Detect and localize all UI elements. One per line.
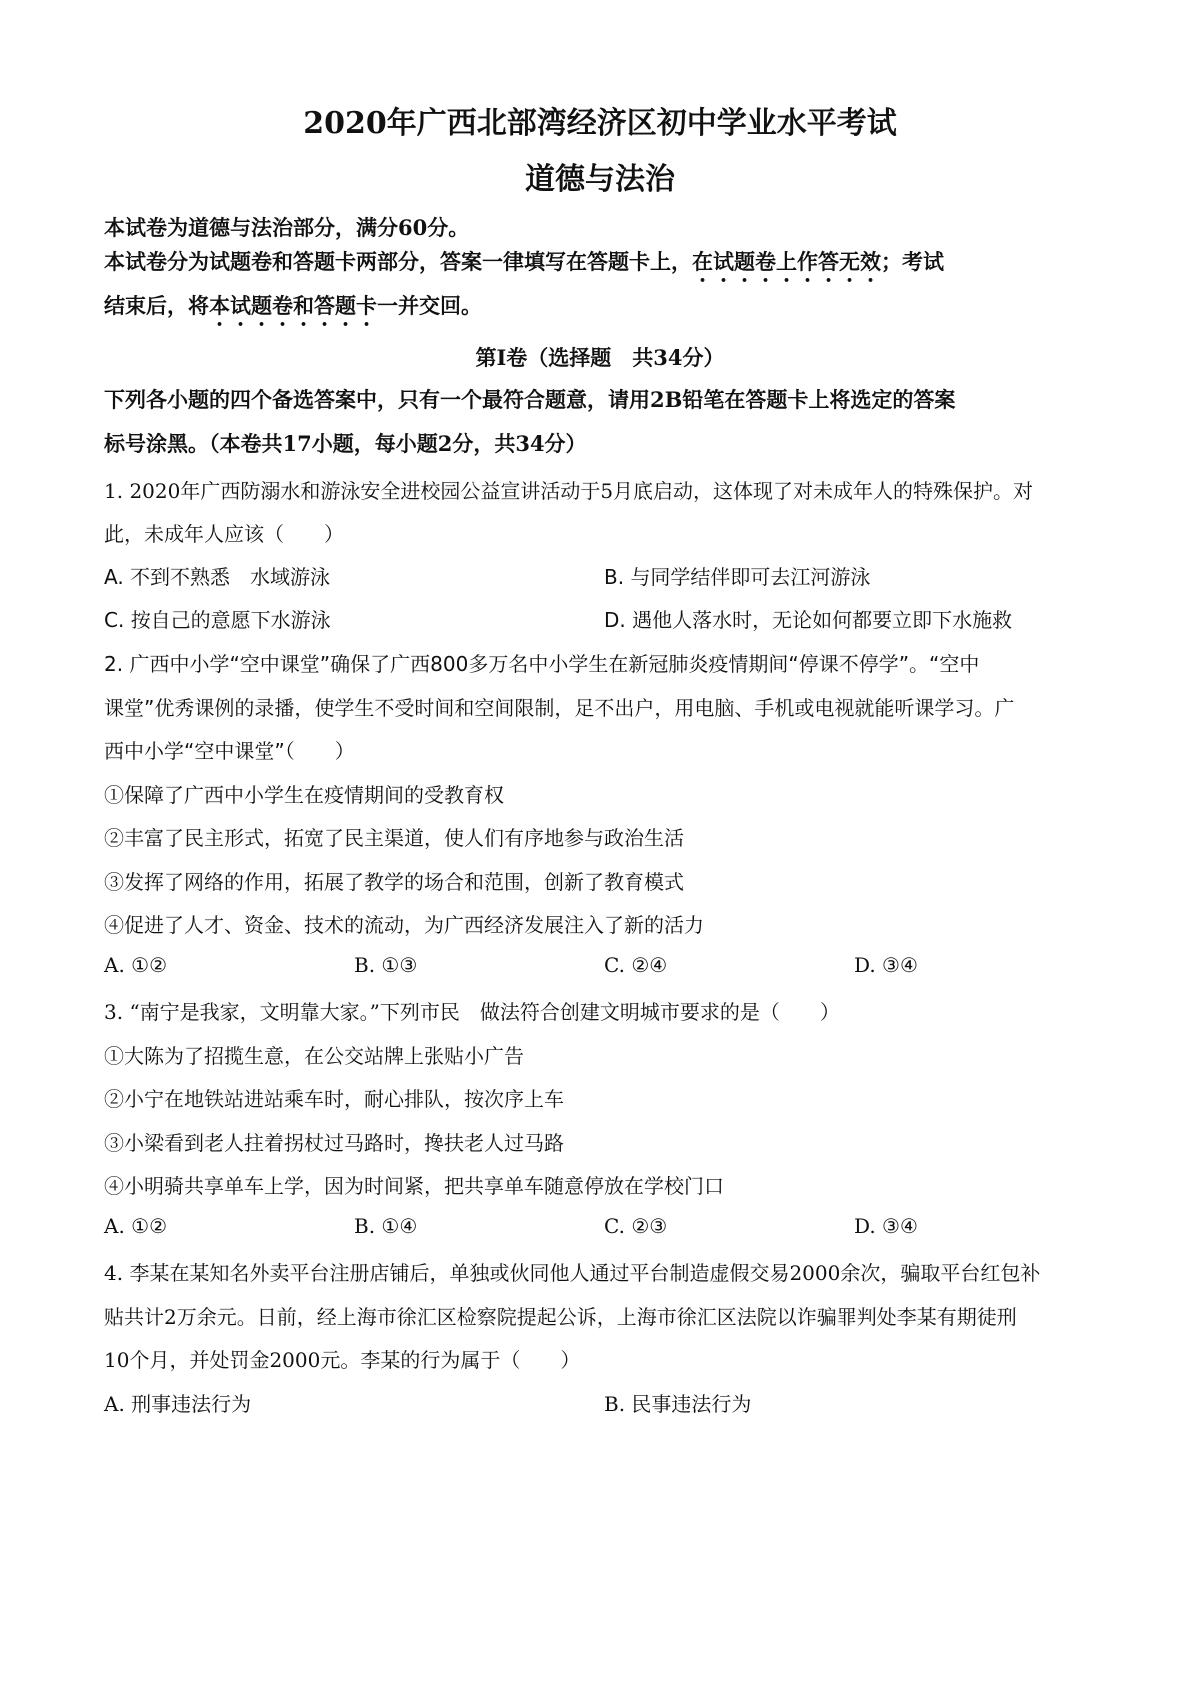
option-text: 与同学结伴即可去江河游泳 bbox=[630, 565, 870, 589]
option-text: ①④ bbox=[381, 1214, 417, 1238]
question-1-option-b[interactable]: B. 与同学结伴即可去江河游泳 bbox=[604, 561, 870, 590]
instruction-submit-rule-pre: 结束后，将 bbox=[104, 293, 209, 318]
question-2-option-a[interactable]: A. ①② bbox=[104, 953, 167, 977]
question-3-statement-1: ①大陈为了招揽生意，在公交站牌上张贴小广告 bbox=[104, 1040, 524, 1069]
section-description-line-1: 下列各小题的四个备选答案中，只有一个最符合题意，请用2B铅笔在答题卡上将选定的答… bbox=[104, 384, 955, 414]
question-4-stem-line-1: 4. 李某在某知名外卖平台注册店铺后，单独或伙同他人通过平台制造虚假交易2000… bbox=[104, 1257, 1040, 1286]
instruction-answer-rule: 本试卷分为试题卷和答题卡两部分，答案一律填写在答题卡上，在试题卷上作答无效；考试 bbox=[104, 246, 944, 287]
question-3-option-b[interactable]: B. ①④ bbox=[354, 1214, 417, 1238]
option-label: B. bbox=[604, 565, 624, 589]
question-4-stem-line-2: 贴共计2万余元。日前，经上海市徐汇区检察院提起公诉，上海市徐汇区法院以诈骗罪判处… bbox=[104, 1301, 1017, 1330]
option-text: ①③ bbox=[381, 953, 417, 977]
question-1-option-a[interactable]: A. 不到不熟悉 水域游泳 bbox=[104, 561, 330, 590]
question-3-statement-2: ②小宁在地铁站进站乘车时，耐心排队，按次序上车 bbox=[104, 1083, 564, 1112]
instruction-submit-rule: 结束后，将本试题卷和答题卡一并交回。 bbox=[104, 290, 482, 331]
question-1-option-c[interactable]: C. 按自己的意愿下水游泳 bbox=[104, 604, 331, 633]
question-4-option-b[interactable]: B. 民事违法行为 bbox=[604, 1388, 751, 1417]
section-title: 第Ⅰ卷（选择题 共34分） bbox=[0, 342, 1200, 372]
question-2-statement-1: ①保障了广西中小学生在疫情期间的受教育权 bbox=[104, 779, 504, 808]
option-label: A. bbox=[104, 953, 125, 977]
question-2-option-d[interactable]: D. ③④ bbox=[854, 953, 918, 977]
exam-subject: 道德与法治 bbox=[0, 154, 1200, 198]
option-label: D. bbox=[854, 1214, 876, 1238]
question-2-statement-2: ②丰富了民主形式，拓宽了民主渠道，使人们有序地参与政治生活 bbox=[104, 822, 684, 851]
option-text: 刑事违法行为 bbox=[131, 1392, 251, 1416]
question-4-stem-line-3: 10个月，并处罚金2000元。李某的行为属于（ ） bbox=[104, 1344, 580, 1373]
option-label: D. bbox=[854, 953, 876, 977]
question-1-option-d[interactable]: D. 遇他人落水时，无论如何都要立即下水施救 bbox=[604, 604, 1012, 633]
option-label: A. bbox=[104, 1214, 125, 1238]
question-2-statement-4: ④促进了人才、资金、技术的流动，为广西经济发展注入了新的活力 bbox=[104, 909, 704, 938]
option-text: 遇他人落水时，无论如何都要立即下水施救 bbox=[632, 608, 1012, 632]
option-label: B. bbox=[354, 1214, 375, 1238]
option-label: D. bbox=[604, 608, 626, 632]
option-text: ③④ bbox=[882, 953, 918, 977]
option-label: B. bbox=[604, 1392, 625, 1416]
question-3-option-d[interactable]: D. ③④ bbox=[854, 1214, 918, 1238]
section-description-line-2: 标号涂黑。（本卷共17小题，每小题2分，共34分） bbox=[104, 428, 587, 458]
instruction-emphasis-invalid: 在试题卷上作答无效 bbox=[692, 249, 881, 274]
option-text: ③④ bbox=[882, 1214, 918, 1238]
instruction-answer-rule-post: ；考试 bbox=[881, 249, 944, 274]
instruction-emphasis-papers: 本试题卷和答题卡 bbox=[209, 293, 377, 318]
option-text: ①② bbox=[131, 953, 167, 977]
option-text: 民事违法行为 bbox=[631, 1392, 751, 1416]
question-2-statement-3: ③发挥了网络的作用，拓展了教学的场合和范围，创新了教育模式 bbox=[104, 866, 684, 895]
option-label: A. bbox=[104, 565, 124, 589]
option-label: A. bbox=[104, 1392, 125, 1416]
option-text: ②③ bbox=[631, 1214, 667, 1238]
question-1-stem-line-1: 1. 2020年广西防溺水和游泳安全进校园公益宣讲活动于5月底启动，这体现了对未… bbox=[104, 475, 1033, 504]
question-1-stem-line-2: 此，未成年人应该（ ） bbox=[104, 518, 344, 547]
exam-title: 2020年广西北部湾经济区初中学业水平考试 bbox=[0, 98, 1200, 142]
instruction-answer-rule-pre: 本试卷分为试题卷和答题卡两部分，答案一律填写在答题卡上， bbox=[104, 249, 692, 274]
option-text: 按自己的意愿下水游泳 bbox=[131, 608, 331, 632]
question-3-option-c[interactable]: C. ②③ bbox=[604, 1214, 667, 1238]
option-text: ②④ bbox=[631, 953, 667, 977]
question-2-stem-line-2: 课堂”优秀课例的录播，使学生不受时间和空间限制，足不出户，用电脑、手机或电视就能… bbox=[104, 692, 1014, 721]
question-3-stem: 3. “南宁是我家，文明靠大家。”下列市民 做法符合创建文明城市要求的是（ ） bbox=[104, 996, 840, 1025]
question-2-option-c[interactable]: C. ②④ bbox=[604, 953, 667, 977]
question-2-stem-line-1: 2. 广西中小学“空中课堂”确保了广西800多万名中小学生在新冠肺炎疫情期间“停… bbox=[104, 648, 979, 677]
option-label: B. bbox=[354, 953, 375, 977]
question-3-option-a[interactable]: A. ①② bbox=[104, 1214, 167, 1238]
option-label: C. bbox=[104, 608, 124, 632]
question-4-option-a[interactable]: A. 刑事违法行为 bbox=[104, 1388, 251, 1417]
exam-page: 2020年广西北部湾经济区初中学业水平考试 道德与法治 本试卷为道德与法治部分，… bbox=[0, 0, 1200, 1698]
instruction-submit-rule-post: 一并交回。 bbox=[377, 293, 482, 318]
instruction-score: 本试卷为道德与法治部分，满分60分。 bbox=[104, 212, 469, 242]
question-2-stem-line-3: 西中小学“空中课堂”（ ） bbox=[104, 735, 355, 764]
option-text: ①② bbox=[131, 1214, 167, 1238]
option-label: C. bbox=[604, 953, 625, 977]
question-3-statement-4: ④小明骑共享单车上学，因为时间紧，把共享单车随意停放在学校门口 bbox=[104, 1170, 724, 1199]
question-2-option-b[interactable]: B. ①③ bbox=[354, 953, 417, 977]
option-text: 不到不熟悉 水域游泳 bbox=[130, 565, 330, 589]
option-label: C. bbox=[604, 1214, 625, 1238]
question-3-statement-3: ③小梁看到老人拄着拐杖过马路时，搀扶老人过马路 bbox=[104, 1127, 564, 1156]
